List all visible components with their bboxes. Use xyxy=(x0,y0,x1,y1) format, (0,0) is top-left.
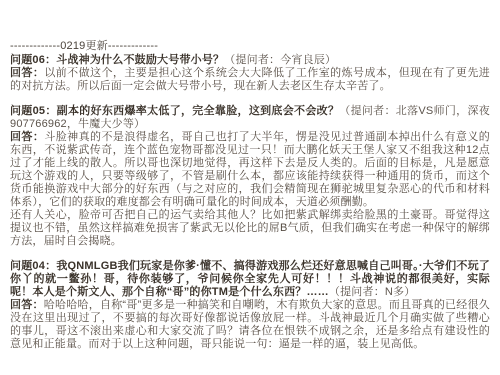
question-text: 斗战神为什么不鼓励大号带小号？ xyxy=(56,54,224,66)
answer-text: 哈哈哈哈，自称“哥”更多是一种搞笑和自嘲哟，木有欺负大家的意思。而且哥真的已经很… xyxy=(10,299,490,350)
question-text: 我QNMLGB我们玩家是你爹·懂不、搞得游戏那么烂还好意思喊自己叫哥。·大爷们不… xyxy=(10,260,490,298)
answer-line: 回答：哈哈哈哈，自称“哥”更多是一种搞笑和自嘲哟，木有欺负大家的意思。而且哥真的… xyxy=(10,299,490,351)
question-number-label: 问题05： xyxy=(10,105,57,117)
qa-document: -------------0219更新------------- 问题06：斗战… xyxy=(0,0,500,351)
qa-block-question-04: 问题04：我QNMLGB我们玩家是你爹·懂不、搞得游戏那么烂还好意思喊自己叫哥。… xyxy=(10,260,490,351)
answer-extra-paragraph: 还有人关心，脸帝可否把自己的运气卖给其他人？比如把紫武解绑卖给脸黑的土豪哥。哥觉… xyxy=(10,209,490,248)
answer-label: 回答： xyxy=(10,67,44,79)
question-text: 副本的好东西爆率太低了，完全靠脸，这到底会不会改？ xyxy=(57,105,340,117)
qa-block-question-06: 问题06：斗战神为什么不鼓励大号带小号？（提问者：今宵良辰） 回答：以前不做这个… xyxy=(10,54,490,93)
answer-text: 斗脸神真的不是浪得虚名，哥自己也打了大半年，愣是没见过普通副本掉出什么有意义的东… xyxy=(10,131,490,208)
qa-block-question-05: 问题05：副本的好东西爆率太低了，完全靠脸，这到底会不会改？（提问者：北落VS师… xyxy=(10,105,490,248)
question-line: 问题05：副本的好东西爆率太低了，完全靠脸，这到底会不会改？（提问者：北落VS师… xyxy=(10,105,490,131)
asker-text: （提问者：N多） xyxy=(329,286,416,298)
answer-label: 回答： xyxy=(10,299,44,311)
question-line: 问题06：斗战神为什么不鼓励大号带小号？（提问者：今宵良辰） xyxy=(10,54,490,67)
answer-line: 回答：以前不做这个，主要是担心这个系统会大大降低了工作室的炼号成本，但现在有了更… xyxy=(10,67,490,93)
question-line: 问题04：我QNMLGB我们玩家是你爹·懂不、搞得游戏那么烂还好意思喊自己叫哥。… xyxy=(10,260,490,299)
asker-text: （提问者：今宵良辰） xyxy=(224,54,336,66)
answer-line: 回答：斗脸神真的不是浪得虚名，哥自己也打了大半年，愣是没见过普通副本掉出什么有意… xyxy=(10,131,490,209)
question-number-label: 问题06： xyxy=(10,54,56,66)
answer-text: 以前不做这个，主要是担心这个系统会大大降低了工作室的炼号成本，但现在有了更先进的… xyxy=(10,67,490,92)
update-header: -------------0219更新------------- xyxy=(10,40,490,53)
question-number-label: 问题04： xyxy=(10,260,56,272)
answer-label: 回答： xyxy=(10,131,44,143)
